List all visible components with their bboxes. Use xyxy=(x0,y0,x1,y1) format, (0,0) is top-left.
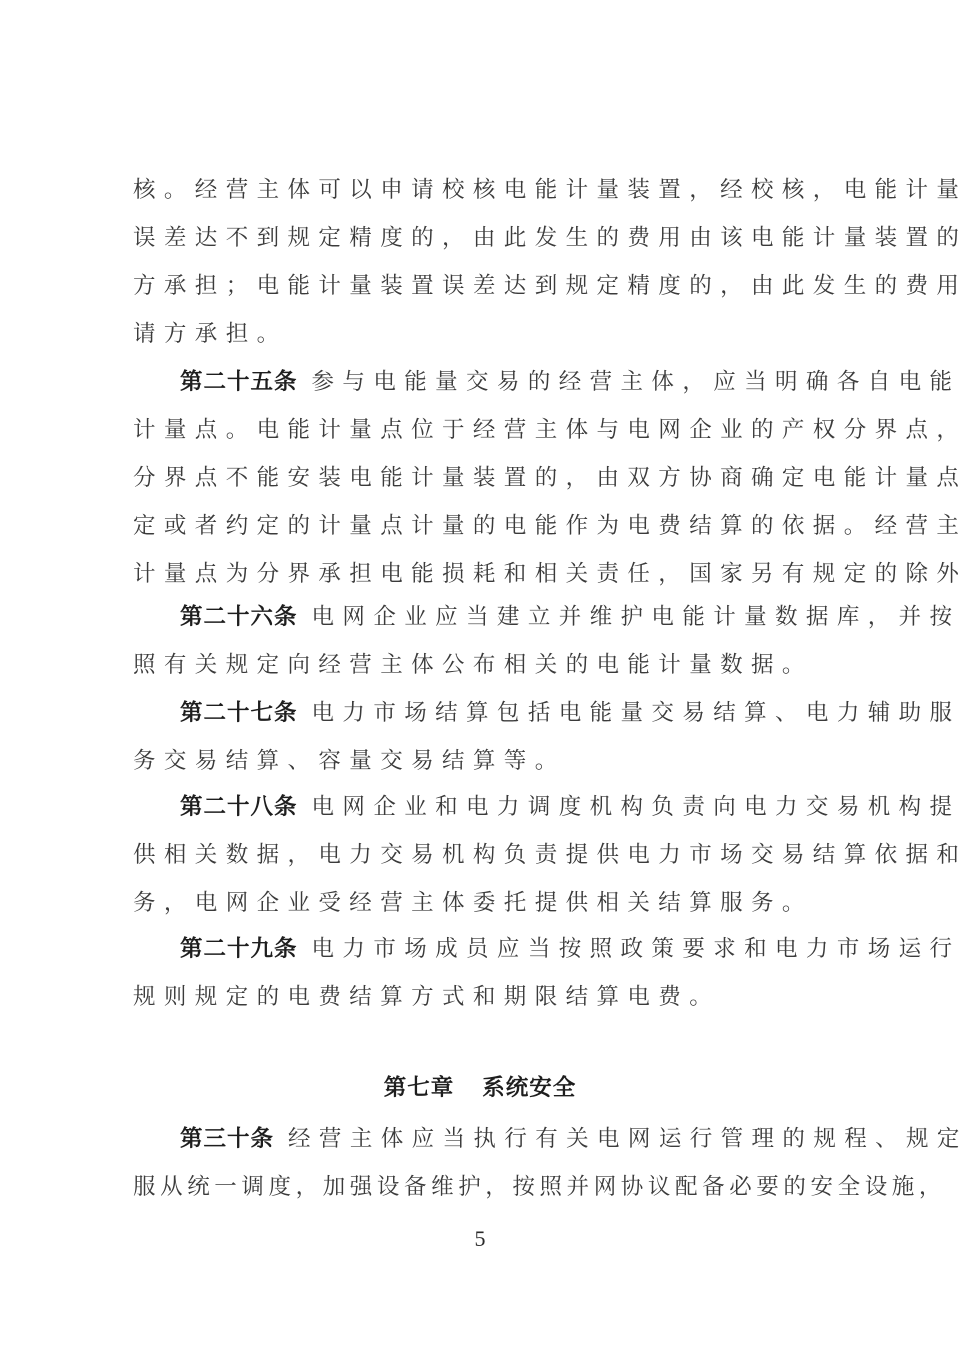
article-29-text: 电力市场成员应当按照政策要求和电力市场运行 xyxy=(312,936,960,962)
paragraph-line: 计量点为分界承担电能损耗和相关责任，国家另有规定的除外。 xyxy=(133,550,833,598)
article-28-heading: 第二十八条 xyxy=(180,794,298,820)
article-26-first-line: 第二十六条电网企业应当建立并维护电能计量数据库，并按 xyxy=(180,593,880,641)
article-25-heading: 第二十五条 xyxy=(180,369,298,395)
chapter-number: 第七章 xyxy=(384,1075,455,1101)
article-30-first-line: 第三十条经营主体应当执行有关电网运行管理的规程、规定， xyxy=(180,1115,880,1163)
document-page: 核。经营主体可以申请校核电能计量装置，经校核，电能计量装置 误差达不到规定精度的… xyxy=(0,0,960,1357)
paragraph-line: 请方承担。 xyxy=(133,310,833,358)
paragraph-line: 务交易结算、容量交易结算等。 xyxy=(133,737,833,785)
chapter-title: 系统安全 xyxy=(482,1075,576,1101)
chapter-heading: 第七章系统安全 xyxy=(0,1064,960,1112)
paragraph-line: 方承担；电能计量装置误差达到规定精度的，由此发生的费用由申 xyxy=(133,262,833,310)
paragraph-line: 规则规定的电费结算方式和期限结算电费。 xyxy=(133,973,833,1021)
paragraph-line: 分界点不能安装电能计量装置的，由双方协商确定电能计量点。法 xyxy=(133,454,833,502)
article-30-text: 经营主体应当执行有关电网运行管理的规程、规定， xyxy=(288,1126,960,1152)
article-26-text: 电网企业应当建立并维护电能计量数据库，并按 xyxy=(312,604,960,630)
paragraph-line: 定或者约定的计量点计量的电能作为电费结算的依据。经营主体以 xyxy=(133,502,833,550)
paragraph-line: 计量点。电能计量点位于经营主体与电网企业的产权分界点，产权 xyxy=(133,406,833,454)
article-28-text: 电网企业和电力调度机构负责向电力交易机构提 xyxy=(312,794,960,820)
article-28-first-line: 第二十八条电网企业和电力调度机构负责向电力交易机构提 xyxy=(180,783,880,831)
article-27-text: 电力市场结算包括电能量交易结算、电力辅助服 xyxy=(312,700,960,726)
paragraph-line: 误差达不到规定精度的，由此发生的费用由该电能计量装置的产权 xyxy=(133,214,833,262)
article-27-heading: 第二十七条 xyxy=(180,700,298,726)
article-26-heading: 第二十六条 xyxy=(180,604,298,630)
article-25-text: 参与电能量交易的经营主体，应当明确各自电能 xyxy=(312,369,960,395)
paragraph-line: 核。经营主体可以申请校核电能计量装置，经校核，电能计量装置 xyxy=(133,166,833,214)
paragraph-line: 供相关数据，电力交易机构负责提供电力市场交易结算依据和服 xyxy=(133,831,833,879)
article-27-first-line: 第二十七条电力市场结算包括电能量交易结算、电力辅助服 xyxy=(180,689,880,737)
page-number: 5 xyxy=(0,1226,960,1252)
article-29-first-line: 第二十九条电力市场成员应当按照政策要求和电力市场运行 xyxy=(180,925,880,973)
article-29-heading: 第二十九条 xyxy=(180,936,298,962)
paragraph-line: 照有关规定向经营主体公布相关的电能计量数据。 xyxy=(133,641,833,689)
article-25-first-line: 第二十五条参与电能量交易的经营主体，应当明确各自电能 xyxy=(180,358,880,406)
article-30-heading: 第三十条 xyxy=(180,1126,274,1152)
paragraph-line: 务，电网企业受经营主体委托提供相关结算服务。 xyxy=(133,879,833,927)
paragraph-line: 服从统一调度，加强设备维护，按照并网协议配备必要的安全设施， xyxy=(133,1163,833,1211)
